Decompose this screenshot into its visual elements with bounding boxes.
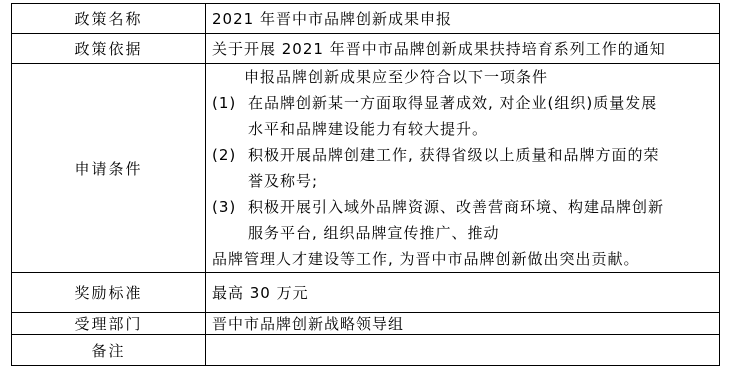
value-reward: 最高 30 万元 — [206, 273, 720, 313]
label-conditions: 申请条件 — [12, 64, 206, 273]
condition-item-1: (1) 在品牌创新某一方面取得显著成效, 对企业(组织)质量发展 — [212, 90, 719, 116]
condition-item-2: (2) 积极开展品牌创建工作, 获得省级以上质量和品牌方面的荣 — [212, 142, 719, 168]
row-policy-name: 政策名称 2021 年晋中市品牌创新成果申报 — [12, 4, 720, 34]
condition-text: 积极开展引入域外品牌资源、改善营商环境、构建品牌创新 — [248, 194, 664, 220]
condition-text: 积极开展品牌创建工作, 获得省级以上质量和品牌方面的荣 — [248, 142, 660, 168]
condition-number: (2) — [212, 142, 248, 168]
label-policy-name: 政策名称 — [12, 4, 206, 34]
condition-text: 在品牌创新某一方面取得显著成效, 对企业(组织)质量发展 — [248, 90, 657, 116]
condition-number: (1) — [212, 90, 248, 116]
row-note: 备注 — [12, 335, 720, 366]
conditions-tail: 品牌管理人才建设等工作, 为晋中市品牌创新做出突出贡献。 — [212, 246, 719, 272]
value-policy-name: 2021 年晋中市品牌创新成果申报 — [206, 4, 720, 34]
label-department: 受理部门 — [12, 313, 206, 335]
policy-table: 政策名称 2021 年晋中市品牌创新成果申报 政策依据 关于开展 2021 年晋… — [11, 3, 720, 366]
value-note — [206, 335, 720, 366]
value-policy-basis: 关于开展 2021 年晋中市品牌创新成果扶持培育系列工作的通知 — [206, 34, 720, 64]
condition-item-1-continued: 水平和品牌建设能力有较大提升。 — [212, 116, 719, 142]
label-reward: 奖励标准 — [12, 273, 206, 313]
condition-item-3-continued: 服务平台, 组织品牌宣传推广、推动 — [212, 220, 719, 246]
condition-item-3: (3) 积极开展引入域外品牌资源、改善营商环境、构建品牌创新 — [212, 194, 719, 220]
label-note: 备注 — [12, 335, 206, 366]
label-policy-basis: 政策依据 — [12, 34, 206, 64]
condition-number: (3) — [212, 194, 248, 220]
row-reward: 奖励标准 最高 30 万元 — [12, 273, 720, 313]
conditions-intro: 申报品牌创新成果应至少符合以下一项条件 — [212, 64, 719, 90]
value-department: 晋中市品牌创新战略领导组 — [206, 313, 720, 335]
condition-item-2-continued: 誉及称号; — [212, 168, 719, 194]
value-conditions: 申报品牌创新成果应至少符合以下一项条件 (1) 在品牌创新某一方面取得显著成效,… — [206, 64, 720, 273]
row-policy-basis: 政策依据 关于开展 2021 年晋中市品牌创新成果扶持培育系列工作的通知 — [12, 34, 720, 64]
row-department: 受理部门 晋中市品牌创新战略领导组 — [12, 313, 720, 335]
row-conditions: 申请条件 申报品牌创新成果应至少符合以下一项条件 (1) 在品牌创新某一方面取得… — [12, 64, 720, 273]
